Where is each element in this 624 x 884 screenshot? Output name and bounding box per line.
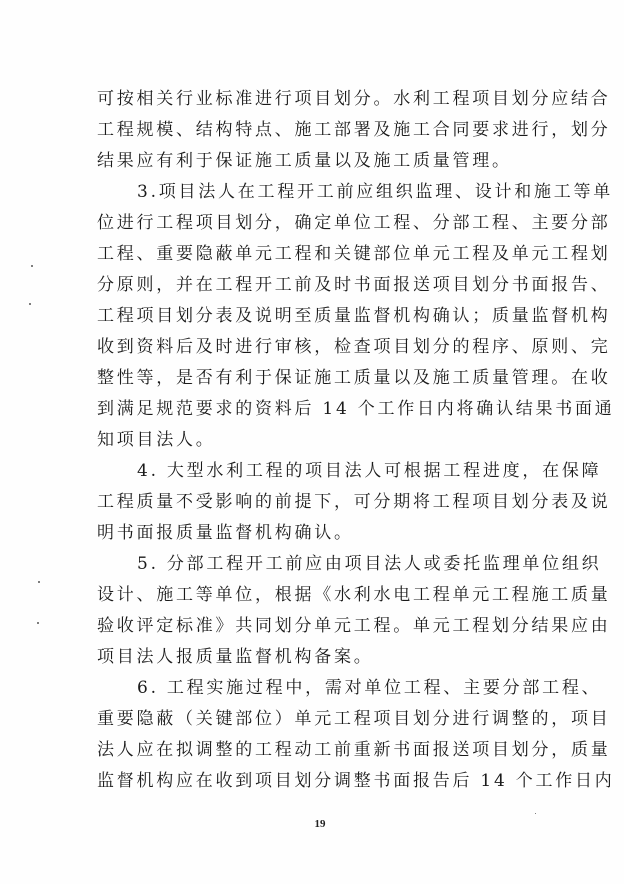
text-line: 工程质量不受影响的前提下，可分期将工程项目划分表及说 bbox=[97, 487, 537, 518]
scan-speck bbox=[31, 265, 33, 267]
scan-speck bbox=[37, 622, 39, 624]
page-number: 19 bbox=[300, 818, 340, 830]
document-page: 可按相关行业标准进行项目划分。水利工程项目划分应结合 工程规模、结构特点、施工部… bbox=[0, 0, 624, 884]
paragraph-3-start: 3.项目法人在工程开工前应组织监理、设计和施工等单 bbox=[97, 177, 537, 208]
paragraph-5-start: 5. 分部工程开工前应由项目法人或委托监理单位组织 bbox=[97, 549, 537, 580]
text-line: 知项目法人。 bbox=[97, 425, 537, 456]
text-line: 分原则，并在工程开工前及时书面报送项目划分书面报告、 bbox=[97, 270, 537, 301]
text-line: 可按相关行业标准进行项目划分。水利工程项目划分应结合 bbox=[97, 84, 537, 115]
text-line: 收到资料后及时进行审核，检查项目划分的程序、原则、完 bbox=[97, 332, 537, 363]
paragraph-4-start: 4. 大型水利工程的项目法人可根据工程进度，在保障 bbox=[97, 456, 537, 487]
text-line: 重要隐蔽（关键部位）单元工程项目划分进行调整的，项目 bbox=[97, 704, 537, 735]
text-line: 位进行工程项目划分，确定单位工程、分部工程、主要分部 bbox=[97, 208, 537, 239]
text-line: 工程项目划分表及说明至质量监督机构确认；质量监督机构 bbox=[97, 301, 537, 332]
text-line: 工程规模、结构特点、施工部署及施工合同要求进行，划分 bbox=[97, 115, 537, 146]
scan-speck bbox=[535, 813, 536, 814]
text-line: 结果应有利于保证施工质量以及施工质量管理。 bbox=[97, 146, 537, 177]
text-line: 工程、重要隐蔽单元工程和关键部位单元工程及单元工程划 bbox=[97, 239, 537, 270]
scan-speck bbox=[29, 303, 31, 305]
text-line: 监督机构应在收到项目划分调整书面报告后 14 个工作日内 bbox=[97, 766, 537, 797]
text-line: 到满足规范要求的资料后 14 个工作日内将确认结果书面通 bbox=[97, 394, 537, 425]
paragraph-6-start: 6. 工程实施过程中，需对单位工程、主要分部工程、 bbox=[97, 673, 537, 704]
text-line: 设计、施工等单位，根据《水利水电工程单元工程施工质量 bbox=[97, 580, 537, 611]
text-line: 整性等，是否有利于保证施工质量以及施工质量管理。在收 bbox=[97, 363, 537, 394]
text-line: 明书面报质量监督机构确认。 bbox=[97, 518, 537, 549]
text-line: 验收评定标准》共同划分单元工程。单元工程划分结果应由 bbox=[97, 611, 537, 642]
text-line: 法人应在拟调整的工程动工前重新书面报送项目划分，质量 bbox=[97, 735, 537, 766]
scan-speck bbox=[38, 581, 40, 583]
text-line: 项目法人报质量监督机构备案。 bbox=[97, 642, 537, 673]
body-text: 可按相关行业标准进行项目划分。水利工程项目划分应结合 工程规模、结构特点、施工部… bbox=[97, 84, 537, 797]
